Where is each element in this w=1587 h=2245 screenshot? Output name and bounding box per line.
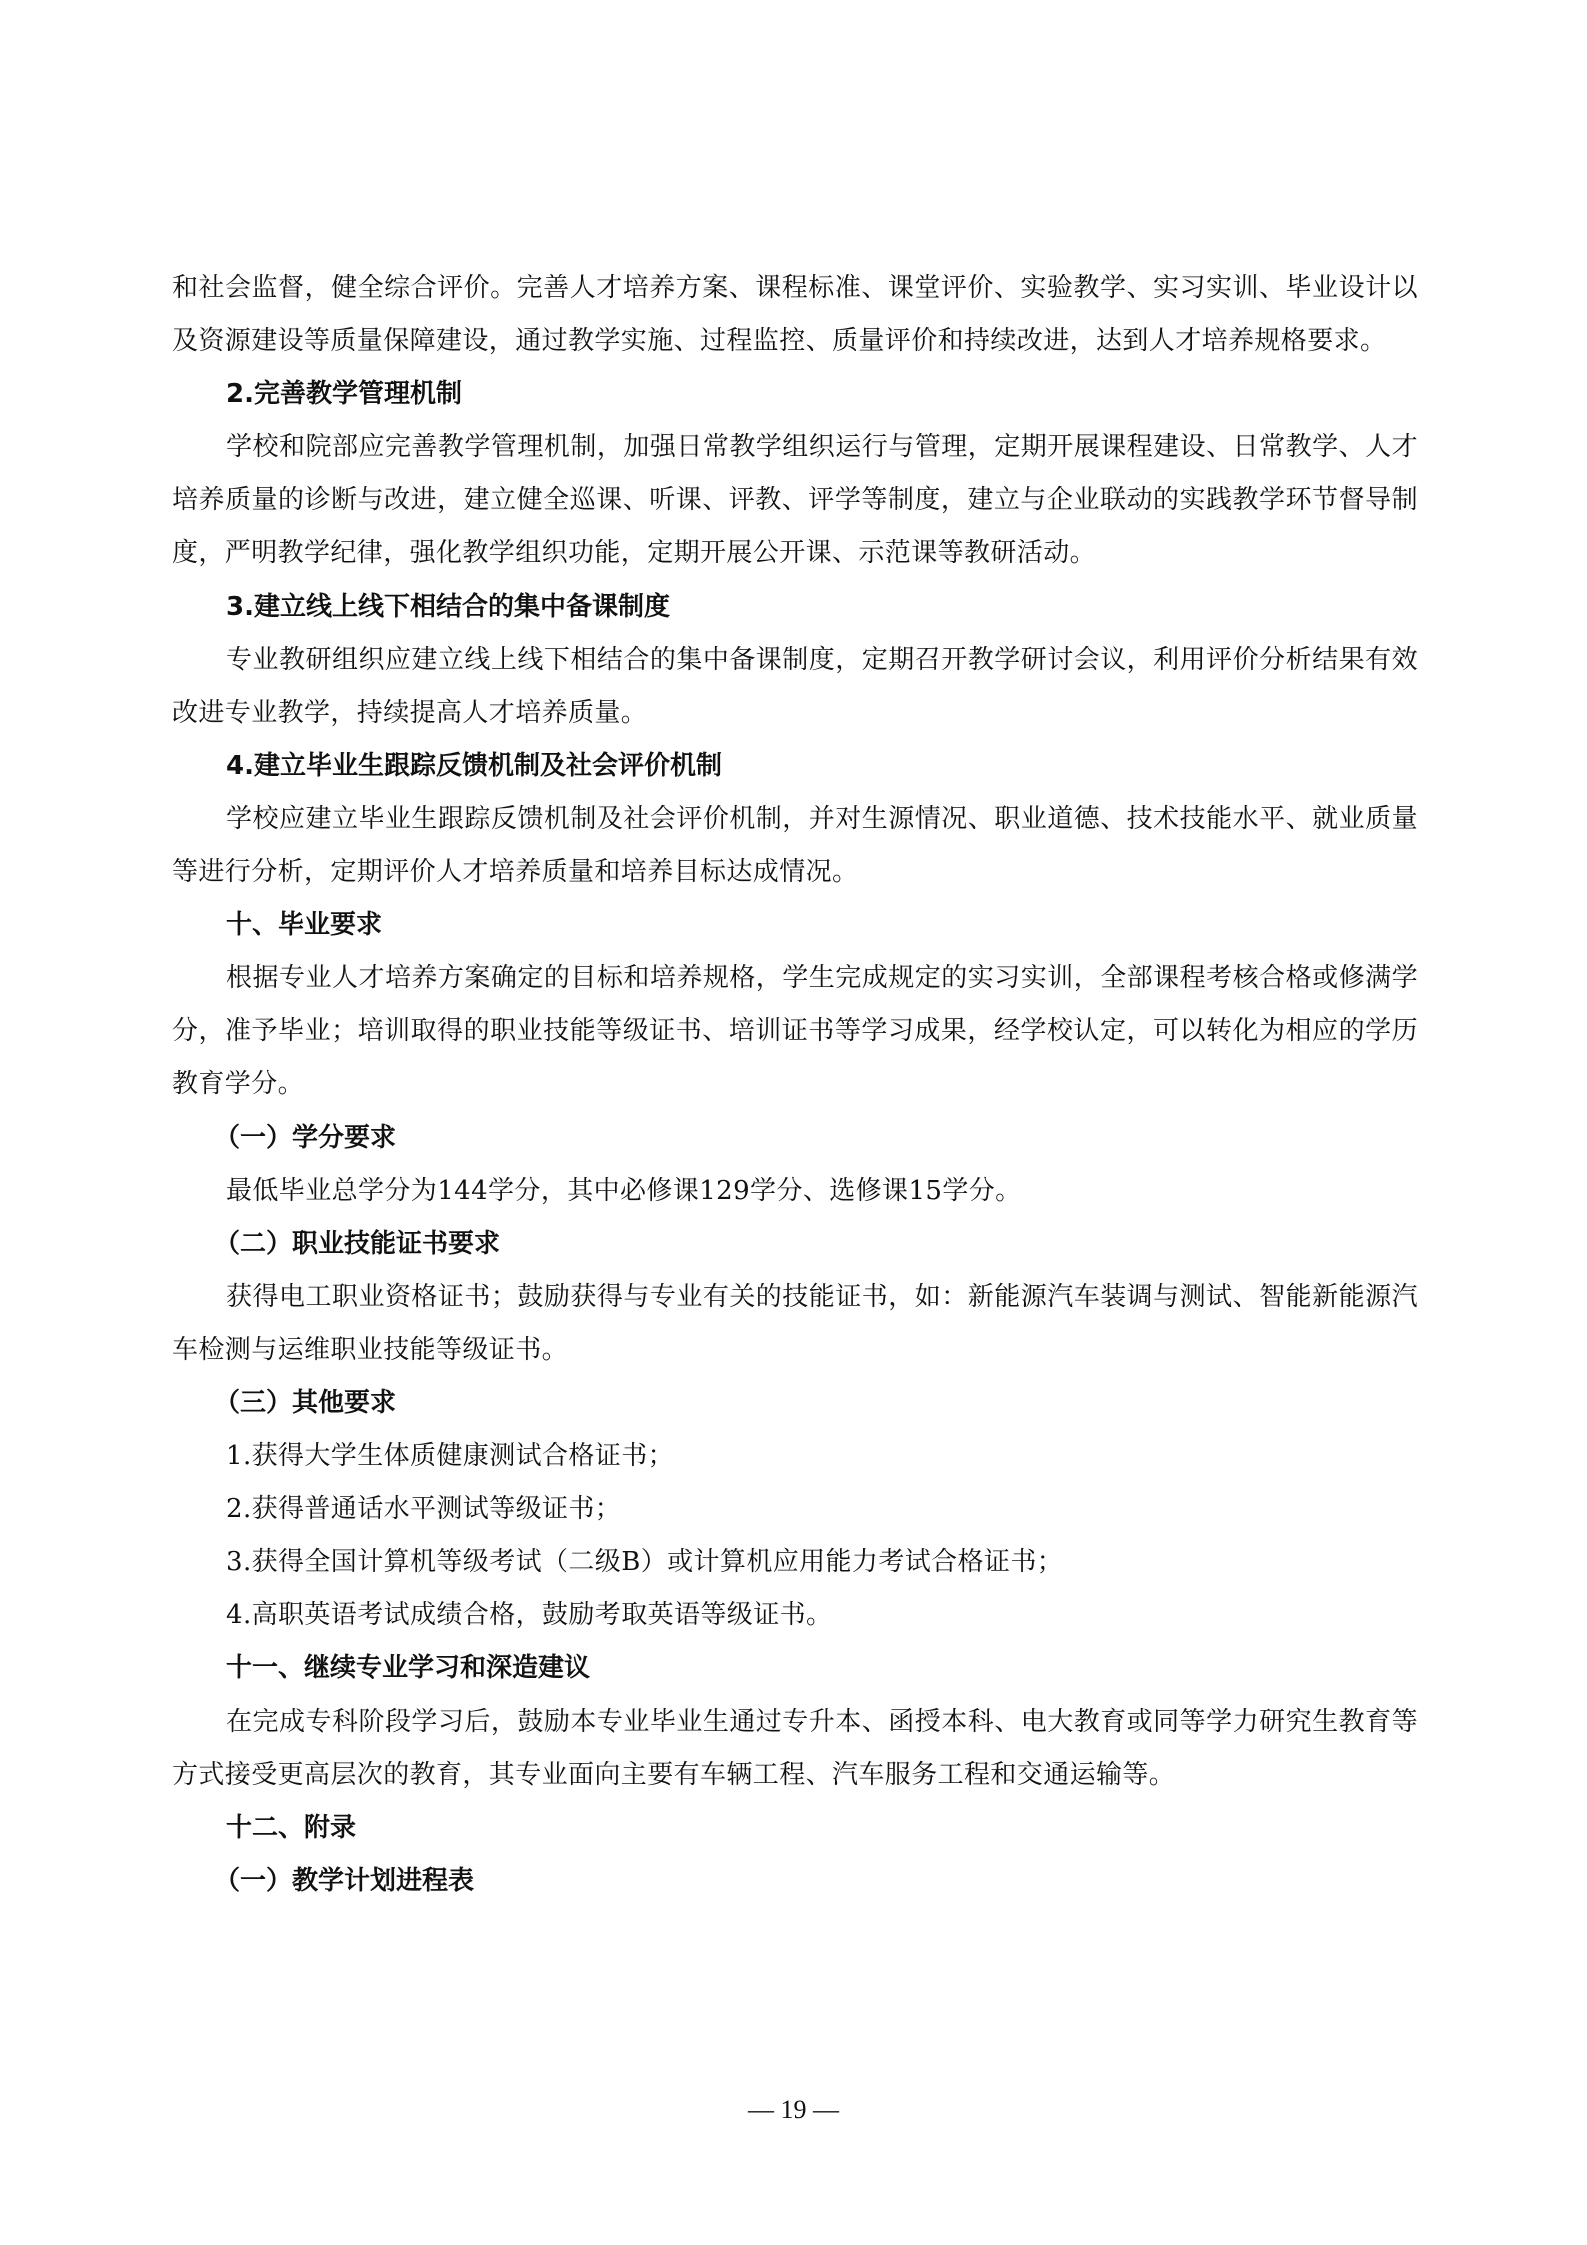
section-body-further-study: 在完成专科阶段学习后，鼓励本专业毕业生通过专升本、函授本科、电大教育或同等学力研…	[172, 1696, 1418, 1802]
page-number: — 19 —	[0, 2092, 1587, 2128]
continuation-paragraph: 和社会监督，健全综合评价。完善人才培养方案、课程标准、课堂评价、实验教学、实习实…	[172, 262, 1418, 368]
section-body-graduation-requirements: 根据专业人才培养方案确定的目标和培养规格，学生完成规定的实习实训，全部课程考核合…	[172, 952, 1418, 1111]
section-body-graduate-tracking: 学校应建立毕业生跟踪反馈机制及社会评价机制，并对生源情况、职业道德、技术技能水平…	[172, 793, 1418, 899]
document-page: 和社会监督，健全综合评价。完善人才培养方案、课程标准、课堂评价、实验教学、实习实…	[172, 262, 1418, 1908]
list-item: 3.获得全国计算机等级考试（二级B）或计算机应用能力考试合格证书；	[172, 1536, 1418, 1589]
section-body-lesson-preparation: 专业教研组织应建立线上线下相结合的集中备课制度，定期召开教学研讨会议，利用评价分…	[172, 634, 1418, 740]
list-item: 1.获得大学生体质健康测试合格证书；	[172, 1430, 1418, 1483]
subsection-heading-teaching-schedule: （一）教学计划进程表	[172, 1855, 1418, 1908]
section-heading-graduation-requirements: 十、毕业要求	[172, 899, 1418, 952]
subsection-heading-credits: （一）学分要求	[172, 1112, 1418, 1165]
section-heading-teaching-management: 2.完善教学管理机制	[172, 368, 1418, 421]
list-item: 4.高职英语考试成绩合格，鼓励考取英语等级证书。	[172, 1589, 1418, 1642]
section-heading-graduate-tracking: 4.建立毕业生跟踪反馈机制及社会评价机制	[172, 740, 1418, 793]
subsection-heading-other: （三）其他要求	[172, 1377, 1418, 1430]
section-heading-appendix: 十二、附录	[172, 1802, 1418, 1855]
subsection-body-certificates: 获得电工职业资格证书；鼓励获得与专业有关的技能证书，如：新能源汽车装调与测试、智…	[172, 1271, 1418, 1377]
section-heading-lesson-preparation: 3.建立线上线下相结合的集中备课制度	[172, 581, 1418, 634]
subsection-body-credits: 最低毕业总学分为144学分，其中必修课129学分、选修课15学分。	[172, 1165, 1418, 1218]
list-item: 2.获得普通话水平测试等级证书；	[172, 1483, 1418, 1536]
section-body-teaching-management: 学校和院部应完善教学管理机制，加强日常教学组织运行与管理，定期开展课程建设、日常…	[172, 421, 1418, 580]
section-heading-further-study: 十一、继续专业学习和深造建议	[172, 1642, 1418, 1695]
subsection-heading-certificates: （二）职业技能证书要求	[172, 1218, 1418, 1271]
